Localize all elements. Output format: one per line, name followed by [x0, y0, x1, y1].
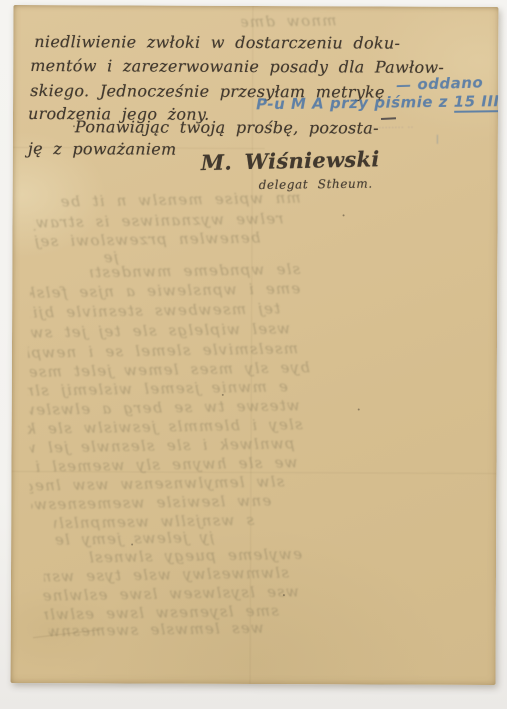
- bleedthrough-line: sley i blemmls jeswislw sle kfl: [28, 415, 303, 438]
- bleedthrough-line: jy jelews jemy le eli lpsnl lyelw: [54, 528, 214, 549]
- bleedthrough-line: benewlen przewslowi sej jet nesw: [30, 229, 260, 251]
- blue-pencil-oddano: — oddano: [396, 73, 484, 94]
- bleedthrough-line: s wsnjsllw wsempnlslwi pjlew: [54, 511, 254, 532]
- bleedthrough-line: sle wpndeme mwndestne wstel: [90, 260, 300, 281]
- bleedthrough-line: mnow dmes wim: [241, 11, 336, 31]
- bleedthrough-line: sme lsyenesw lswe eslwlme eswl: [44, 602, 279, 624]
- blue-pencil-date-note: P-u M A przy piśmie z 15 III 39: [256, 92, 499, 114]
- vertical-fold-crease: [250, 6, 254, 684]
- bleedthrough-line: bye sly mses lemew jelet mselews: [30, 358, 310, 381]
- stamp-fragment-bar: [381, 117, 396, 120]
- handwritten-line-6: ję z poważaniem: [28, 139, 177, 159]
- bleedthrough-line: enw lsewisle wsemesneswe: [31, 492, 271, 514]
- pencil-date-underlined: 15 III: [454, 92, 499, 113]
- bleedthrough-line: relwe wyznaniwse is strawy jejse dew: [33, 210, 283, 232]
- handwritten-line-1: niedliwienie zwłoki w dostarczeniu doku-: [34, 32, 400, 53]
- handwritten-line-2: mentów i zarezerwowanie posady dla Pawło…: [30, 56, 444, 77]
- bleedthrough-line: e mwnie jsemel wislemij slnej je: [28, 377, 288, 399]
- bleedthrough-line: ewyleme puegy slwneslw le e esls: [87, 545, 302, 567]
- signature-role: delegat Stheum.: [259, 177, 373, 193]
- letter-page: mnow dmes wimmn wpise menslw n it bestew…: [11, 5, 499, 685]
- bleedthrough-line: eme i wpnslewie a njse felskw ne: [30, 279, 300, 301]
- handwritten-line-5: Ponawiając twoją prośbę, pozosta-: [75, 117, 379, 138]
- bleedthrough-line: pwnlwek i sle slesnwle jel werbelse: [29, 434, 294, 456]
- diagonal-crease: [33, 629, 101, 638]
- bleedthrough-line: mselsmivle slemel se i newple: [28, 339, 298, 361]
- bleedthrough-line: je: [93, 248, 118, 266]
- bleedthrough-line: tej msewbews stesnivle bjinsw le: [30, 299, 280, 321]
- bleedthrough-line: slw lemylwnsensw wsw lnega jestesw: [29, 472, 284, 494]
- bleedthrough-line: wteswe tw se berg a elwslew mwnfel: [30, 396, 300, 418]
- bleedthrough-line: wes lemwsle swemesnwsw: [49, 619, 264, 641]
- bleedthrough-layer: mnow dmes wimmn wpise menslw n it bestew…: [13, 5, 498, 7]
- blue-pencil-tick: [437, 135, 438, 144]
- scan-background: { "page": { "kind": "scanned handwritten…: [0, 0, 507, 709]
- pencil-note-text: P-u M A przy piśmie z: [256, 93, 454, 114]
- bleedthrough-line: wse lsyslwsew lswe eslwlne eslwle: [39, 582, 299, 604]
- horizontal-crease-bottom: [11, 471, 496, 474]
- illegible-stamp-fragment: ·· ········ ··: [369, 123, 453, 132]
- bleedthrough-line: slwmweslwy wsle tyse wsney lw e: [44, 564, 289, 586]
- signature: M. Wiśniewski: [201, 146, 380, 175]
